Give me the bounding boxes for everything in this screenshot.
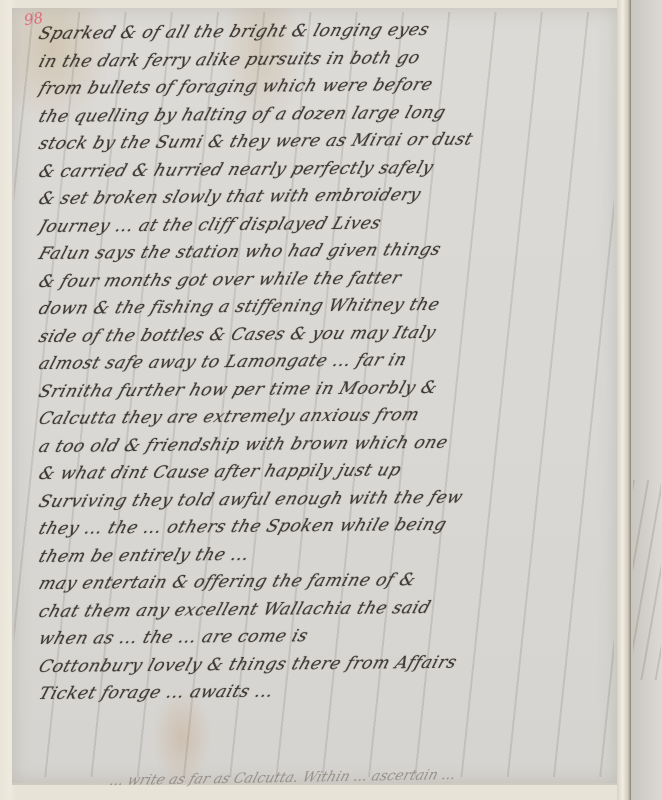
handwritten-text-block: Sparked & of all the bright & longing ey… [40, 18, 615, 706]
adjacent-page-writing [633, 480, 661, 680]
binding-gutter [617, 0, 631, 800]
adjacent-page-edge [631, 0, 662, 800]
text-line: Ticket forage ... awaits ... [35, 675, 621, 709]
